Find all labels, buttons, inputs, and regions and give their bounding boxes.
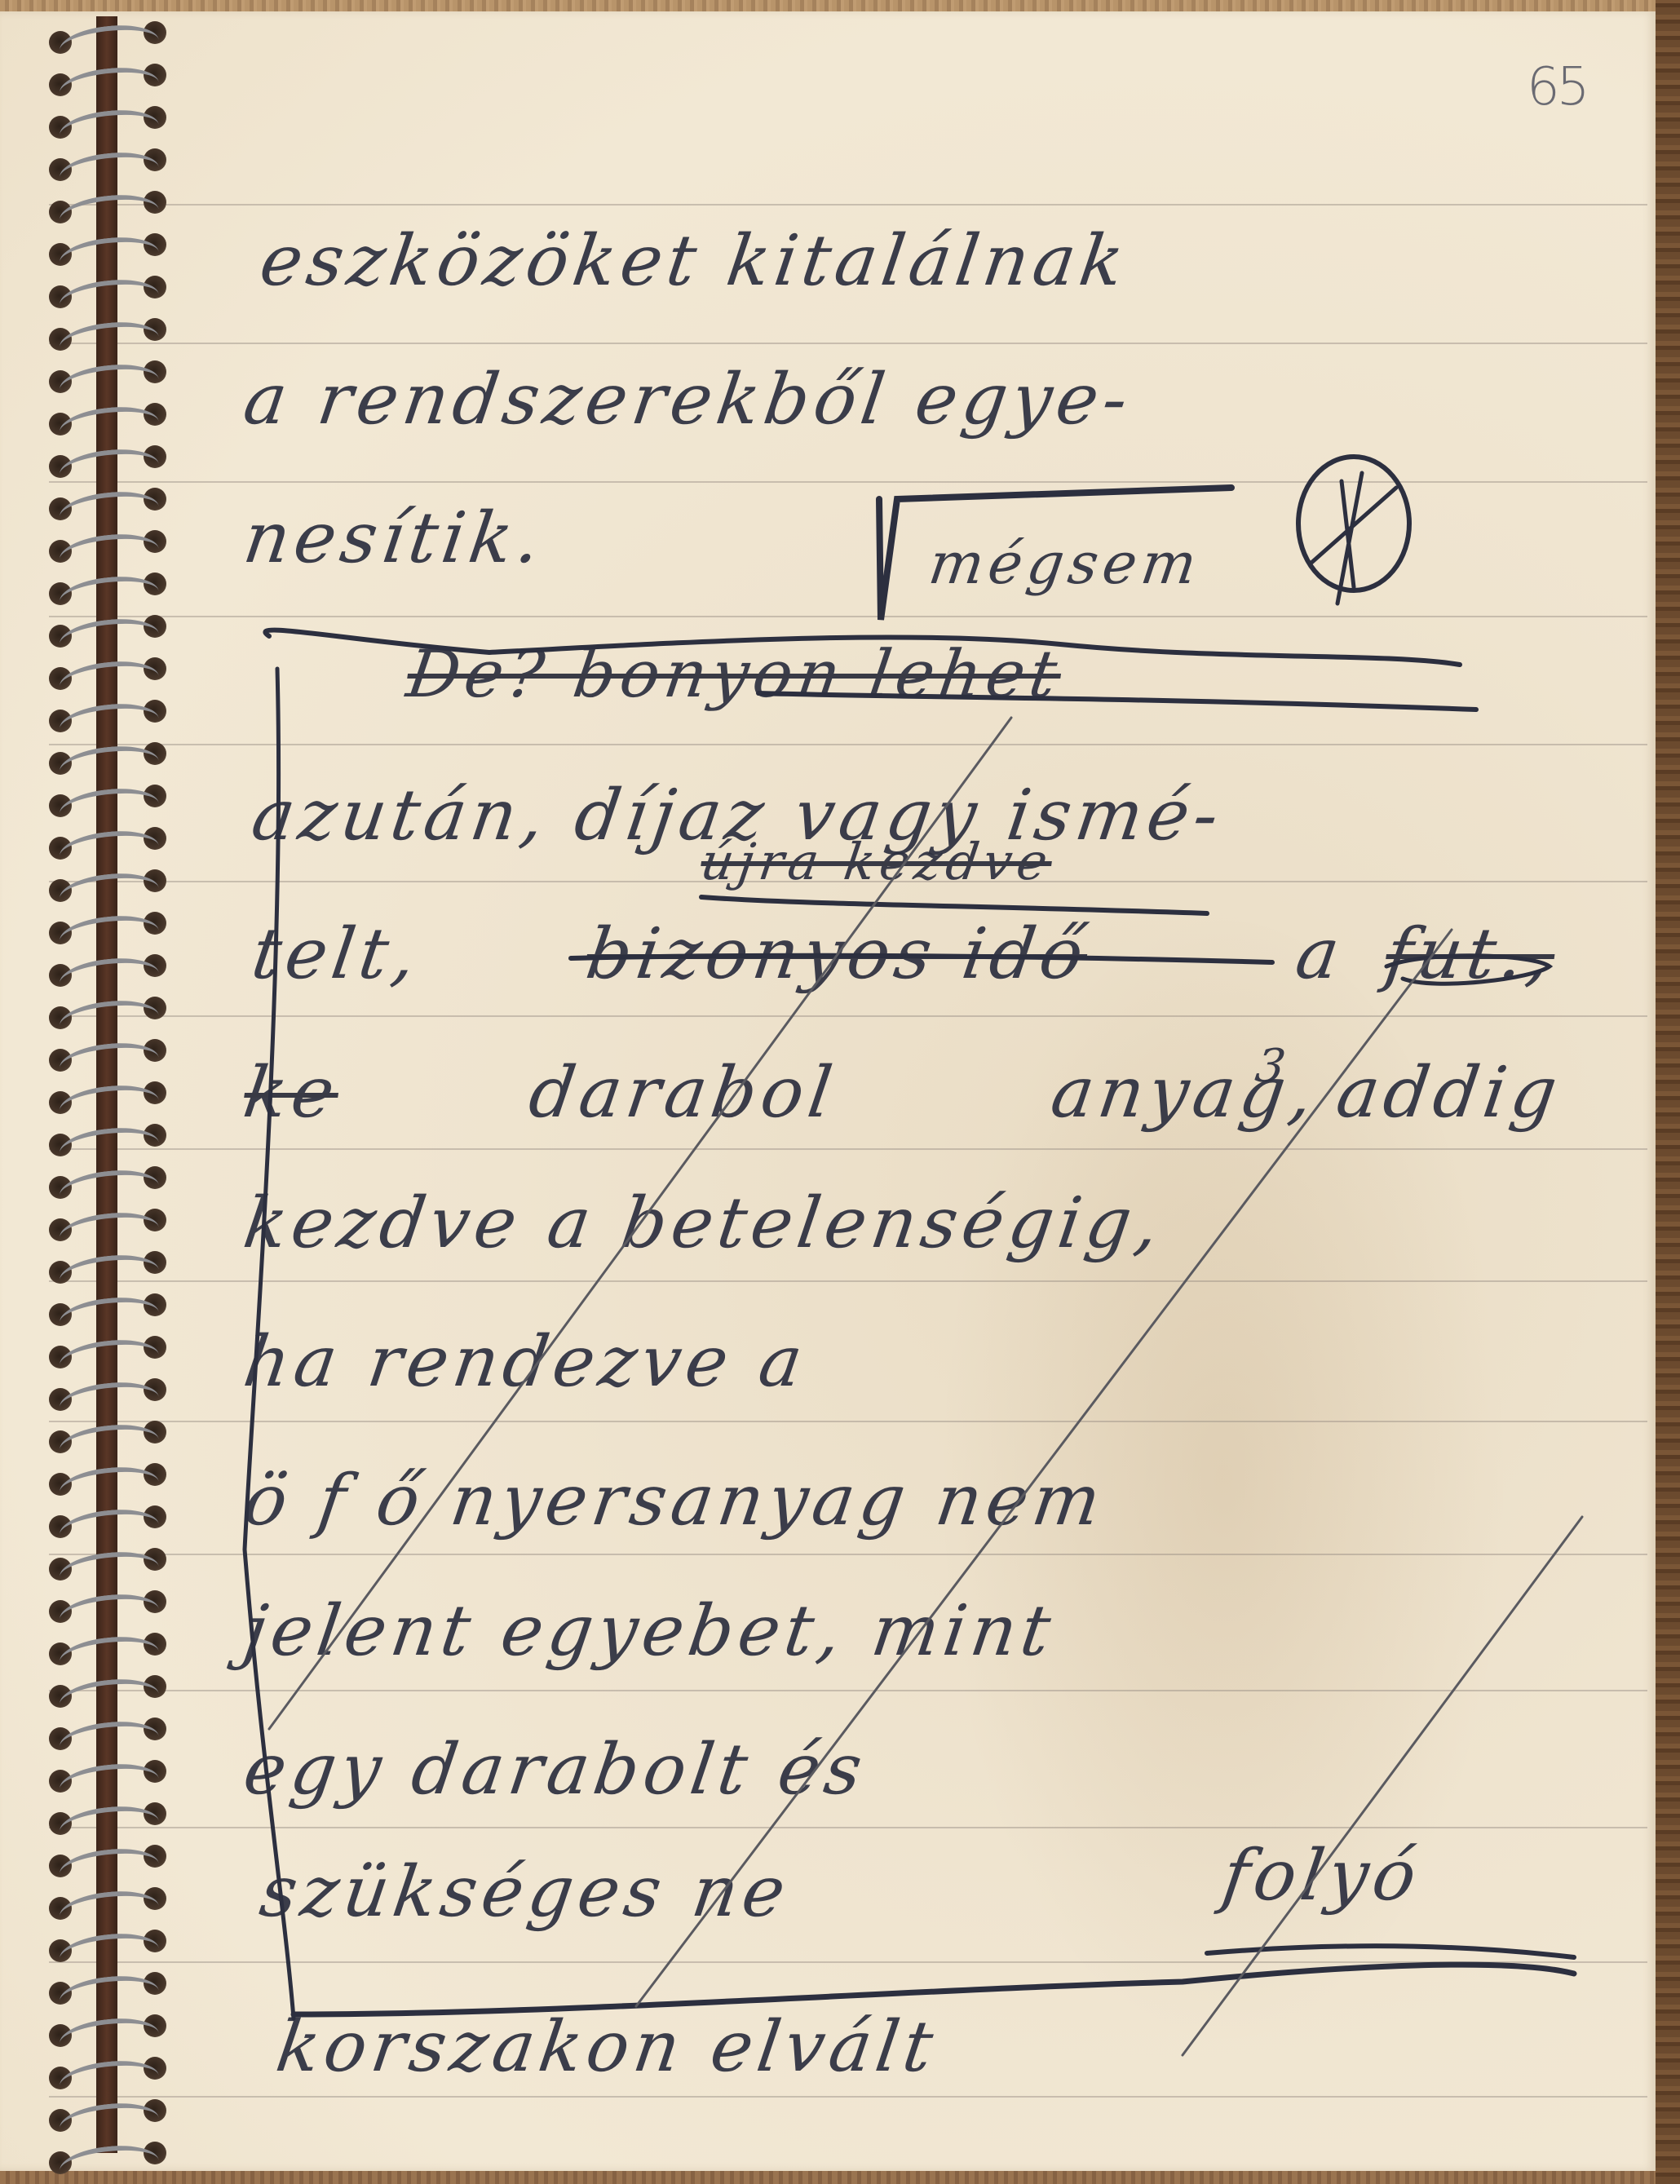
rule-line xyxy=(49,1827,1647,1828)
spiral-coil xyxy=(49,745,171,770)
rule-line xyxy=(49,744,1647,745)
handwritten-line-3: nesítik. xyxy=(239,497,550,579)
spiral-coil xyxy=(49,576,171,600)
spiral-coil xyxy=(49,1806,171,1830)
handwritten-line-11: jelent egyebet, mint xyxy=(239,1590,1060,1672)
spiral-coil xyxy=(49,661,171,685)
spiral-coil xyxy=(49,2145,171,2169)
spiral-coil xyxy=(49,1042,171,1067)
spiral-coil xyxy=(49,406,171,431)
rule-line xyxy=(49,1148,1647,1150)
spiral-coil xyxy=(49,957,171,982)
rule-line xyxy=(49,1421,1647,1422)
spiral-coil xyxy=(49,1466,171,1491)
spiral-coil xyxy=(49,321,171,346)
spiral-coil xyxy=(49,1763,171,1788)
handwritten-line-7-part-4: addig xyxy=(1332,1052,1567,1134)
handwritten-line-14: korszakon elvált xyxy=(272,2006,943,2088)
page-number: 65 xyxy=(1527,57,1586,117)
handwritten-line-5-insert-struck: újra kezdve xyxy=(697,832,1056,891)
spiral-coil xyxy=(49,1890,171,1915)
spiral-coil xyxy=(49,491,171,515)
wood-surface-right xyxy=(1656,0,1680,2184)
spiral-coil xyxy=(49,1594,171,1618)
spiral-coil xyxy=(49,1169,171,1194)
spiral-coil xyxy=(49,915,171,939)
spiral-coil xyxy=(49,533,171,558)
rule-line xyxy=(49,481,1647,483)
spiral-coil xyxy=(49,194,171,219)
handwritten-line-1: eszközöket kitalálnak xyxy=(255,220,1134,302)
rule-line xyxy=(49,2096,1647,2098)
handwritten-line-7-part-2: darabol xyxy=(524,1052,842,1134)
spiral-coil xyxy=(49,1509,171,1533)
spiral-coil xyxy=(49,1678,171,1703)
rule-line xyxy=(49,1690,1647,1691)
spiral-coil xyxy=(49,2018,171,2042)
handwritten-line-12: egy darabolt és xyxy=(239,1729,872,1810)
spiral-coil xyxy=(49,109,171,134)
spiral-coil xyxy=(49,67,171,91)
spiral-coil xyxy=(49,1636,171,1660)
spiral-coil xyxy=(49,1297,171,1321)
spiral-coil xyxy=(49,1424,171,1448)
rule-line xyxy=(49,1280,1647,1282)
spiral-coil xyxy=(49,279,171,303)
rule-line xyxy=(49,1015,1647,1017)
handwritten-line-6-part-1: telt, xyxy=(247,913,426,995)
spiral-coil xyxy=(49,1000,171,1024)
rule-line xyxy=(49,204,1647,206)
rule-line xyxy=(49,1961,1647,1963)
handwritten-line-3-extra: mégsem xyxy=(925,530,1205,597)
spiral-coil xyxy=(49,1721,171,1745)
handwritten-line-8: kezdve a betelenségig, xyxy=(239,1183,1169,1264)
handwritten-line-7-part-1-struck: ke xyxy=(239,1052,344,1134)
spiral-coil xyxy=(49,1127,171,1152)
rule-line xyxy=(49,616,1647,617)
handwritten-line-2: a rendszerekből egye- xyxy=(239,359,1138,440)
spiral-coil xyxy=(49,1085,171,1109)
spiral-coil xyxy=(49,152,171,176)
wood-surface-bottom xyxy=(0,2169,1680,2184)
handwritten-line-10: ö f ő nyersanyag nem xyxy=(239,1460,1110,1541)
spiral-coil xyxy=(49,703,171,727)
spiral-coil xyxy=(49,364,171,388)
rule-line xyxy=(49,1554,1647,1555)
spiral-coil xyxy=(49,1254,171,1279)
spiral-coil xyxy=(49,1848,171,1872)
spiral-coil xyxy=(49,1212,171,1236)
handwritten-line-9: ha rendezve a xyxy=(239,1321,812,1403)
spiral-coil xyxy=(49,1339,171,1364)
spiral-coil xyxy=(49,788,171,812)
handwritten-line-4-struck: De? bonyon lehet xyxy=(402,636,1066,712)
spiral-coil xyxy=(49,1551,171,1576)
spiral-coil xyxy=(49,2102,171,2127)
spiral-coil xyxy=(49,1382,171,1406)
spiral-coil xyxy=(49,2060,171,2085)
spiral-coil xyxy=(49,237,171,261)
spiral-coil xyxy=(49,1933,171,1957)
handwritten-line-6-part-2-struck: bizonyos idő xyxy=(581,913,1093,995)
spiral-coil xyxy=(49,449,171,473)
spiral-coil xyxy=(49,24,171,49)
spiral-coil xyxy=(49,1975,171,2000)
handwritten-line-13-part-1: szükséges ne xyxy=(255,1851,795,1933)
handwritten-line-6-part-4-struck: fut., xyxy=(1381,913,1561,995)
handwritten-line-13-part-2-struck: folyó xyxy=(1218,1835,1426,1917)
spiral-coil xyxy=(49,873,171,897)
spiral-coil xyxy=(49,830,171,855)
rule-line xyxy=(49,343,1647,344)
spiral-coil xyxy=(49,618,171,643)
